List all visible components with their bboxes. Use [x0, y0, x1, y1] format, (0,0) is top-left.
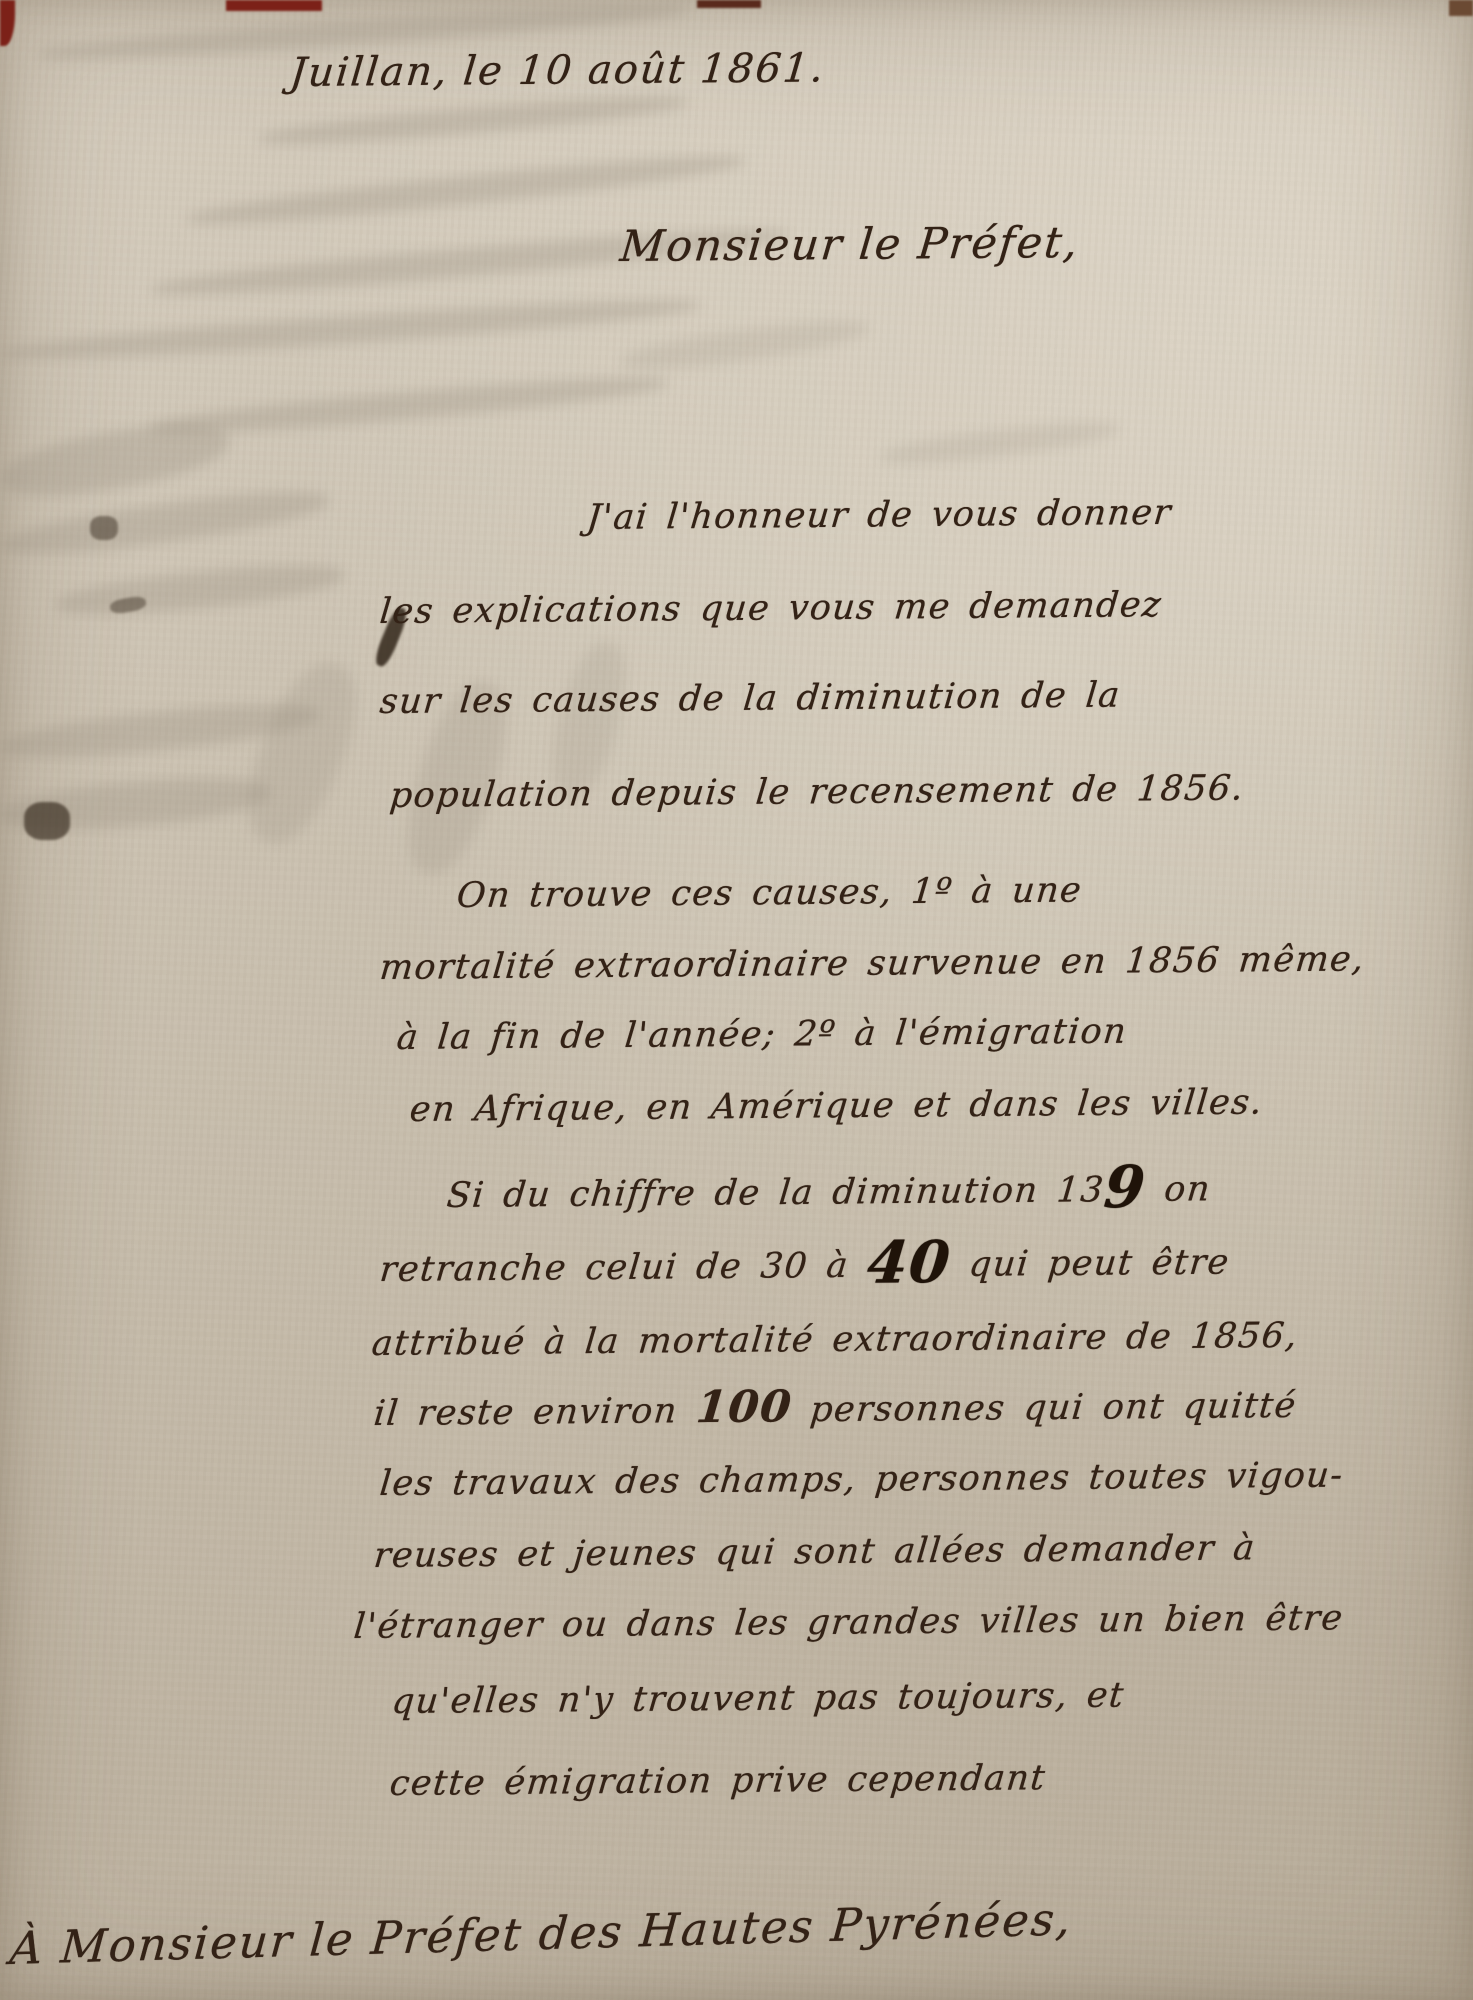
line-text: Si du chiffre de la diminution 13 — [445, 1170, 1106, 1216]
body-line: On trouve ces causes, 1º à une — [455, 871, 1084, 916]
line-text: personnes qui ont quitté — [790, 1386, 1299, 1430]
ink-bleedthrough — [258, 89, 689, 151]
letter-salutation: Monsieur le Préfet, — [618, 218, 1082, 272]
scan-edge-artifact — [226, 0, 322, 11]
body-line-100-personnes: il reste environ 100 personnes qui ont q… — [372, 1386, 1299, 1434]
body-line: qu'elles n'y trouvent pas toujours, et — [390, 1676, 1126, 1722]
ink-bleedthrough — [879, 415, 1120, 470]
ink-bleedthrough — [54, 557, 346, 623]
ink-bleedthrough — [0, 770, 271, 837]
footer-address: À Monsieur le Préfet des Hautes Pyrénées… — [8, 1892, 1074, 1975]
body-line: cette émigration prive cependant — [388, 1758, 1048, 1804]
ink-bleedthrough — [0, 695, 321, 766]
body-line: population depuis le recensement de 1856… — [388, 769, 1246, 816]
body-line: en Afrique, en Amérique et dans les vill… — [408, 1083, 1265, 1130]
line-text: qui peut être — [949, 1243, 1232, 1285]
scanned-letter-page: { "letter": { "dateline": "Juillan, le 1… — [0, 0, 1473, 2000]
body-line: mortalité extraordinaire survenue en 185… — [378, 939, 1367, 988]
body-line: à la fin de l'année; 2º à l'émigration — [395, 1012, 1129, 1058]
ink-bleedthrough — [0, 292, 700, 368]
body-line: sur les causes de la diminution de la — [378, 676, 1123, 722]
line-text: retranche celui de 30 à — [378, 1246, 869, 1290]
ink-blot — [90, 516, 118, 540]
scan-edge-artifact — [0, 0, 15, 46]
line-text: on — [1144, 1169, 1213, 1210]
body-line: les explications que vous me demandez — [378, 585, 1164, 632]
ink-bleedthrough — [0, 412, 233, 507]
body-line: l'étranger ou dans les grandes villes un… — [352, 1598, 1345, 1647]
ink-bleedthrough — [0, 481, 331, 565]
ink-bleedthrough — [186, 147, 746, 233]
corrected-digit-9: 9 — [1101, 1153, 1149, 1221]
ink-bleedthrough — [619, 313, 871, 378]
corrected-number-40: 40 — [864, 1228, 954, 1297]
number-100: 100 — [694, 1381, 794, 1433]
body-line: J'ai l'honneur de vous donner — [585, 493, 1174, 538]
ink-blot — [109, 595, 147, 615]
body-line: attribué à la mortalité extraordinaire d… — [370, 1316, 1300, 1364]
ink-bleedthrough — [229, 650, 374, 856]
ink-bleedthrough — [148, 369, 668, 441]
body-line: les travaux des champs, personnes toutes… — [378, 1456, 1345, 1504]
ink-blot — [24, 802, 70, 840]
body-line-30-40: retranche celui de 30 à 40 qui peut être — [378, 1243, 1232, 1290]
line-text: il reste environ — [372, 1391, 698, 1434]
scan-edge-artifact — [1449, 0, 1473, 16]
scan-edge-artifact — [697, 0, 761, 8]
body-line: reuses et jeunes qui sont allées demande… — [372, 1528, 1257, 1576]
body-line-diminution-139: Si du chiffre de la diminution 139 on — [445, 1169, 1213, 1216]
letter-dateline: Juillan, le 10 août 1861. — [288, 45, 827, 96]
